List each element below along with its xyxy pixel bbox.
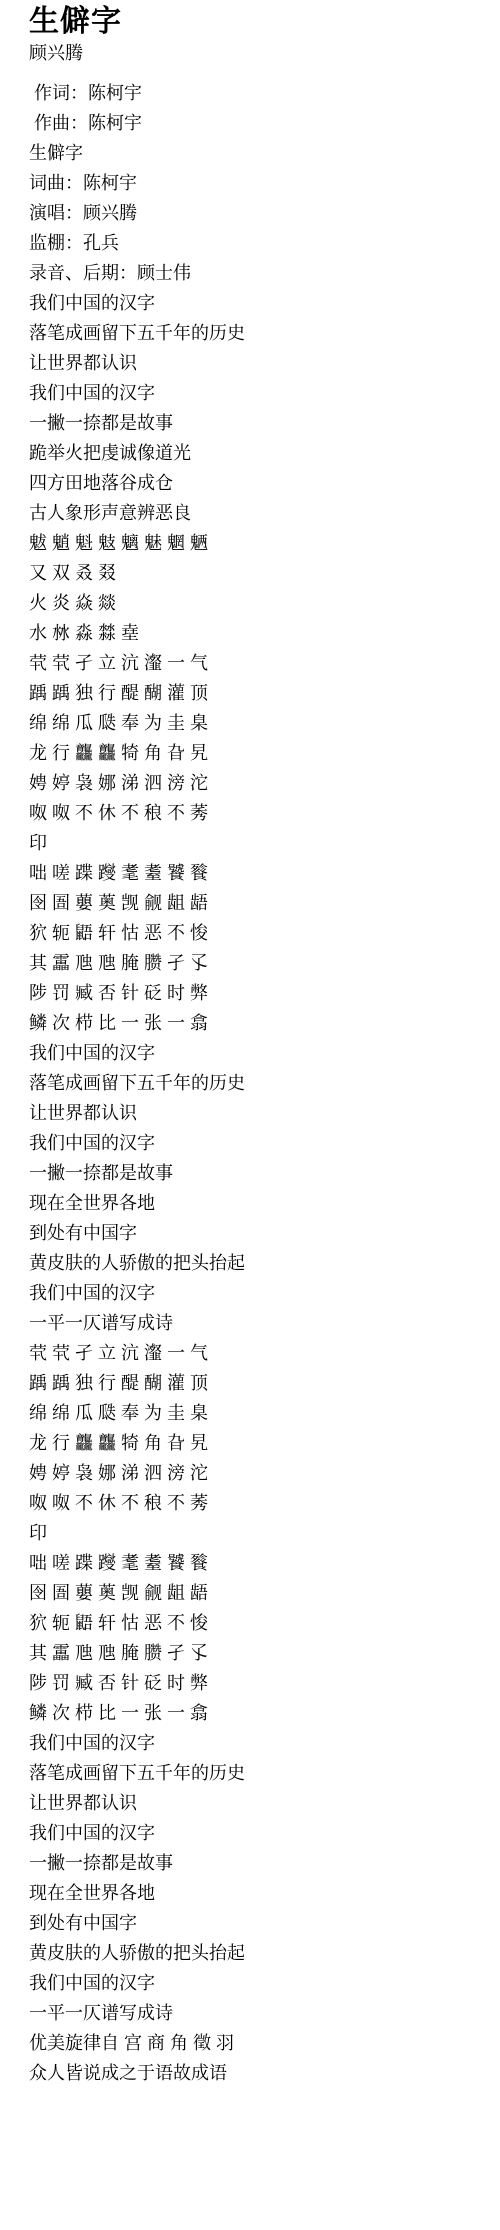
lyric-line: 其 靁 虺 虺 腌 臜 孑 孓	[29, 1638, 490, 1668]
lyric-line: 现在全世界各地	[29, 1188, 490, 1218]
lyric-line: 魃 魈 魁 鬾 魑 魅 魍 魉	[29, 528, 490, 558]
lyric-line: 我们中国的汉字	[29, 1128, 490, 1158]
lyric-line: 一平一仄谱写成诗	[29, 1308, 490, 1338]
lyric-line: 我们中国的汉字	[29, 1728, 490, 1758]
lyric-line: 到处有中国字	[29, 1218, 490, 1248]
lyric-line: 囹 圄 蘡 薁 觊 觎 龃 龉	[29, 888, 490, 918]
page-title: 生僻字	[29, 4, 490, 40]
lyric-line: 印	[29, 1518, 490, 1548]
lyric-line: 绵 绵 瓜 瓞 奉 为 圭 臬	[29, 708, 490, 738]
lyric-line: 我们中国的汉字	[29, 378, 490, 408]
lyric-line: 咄 嗟 蹀 躞 耄 耋 饕 餮	[29, 858, 490, 888]
lyric-line: 狖 轭 鼯 轩 怙 恶 不 悛	[29, 918, 490, 948]
lyric-line: 娉 婷 袅 娜 涕 泗 滂 沱	[29, 1458, 490, 1488]
lyric-line: 陟 罚 臧 否 针 砭 时 弊	[29, 978, 490, 1008]
lyric-line: 我们中国的汉字	[29, 1818, 490, 1848]
lyric-line: 一撇一捺都是故事	[29, 1158, 490, 1188]
lyric-line: 又 双 叒 叕	[29, 558, 490, 588]
lyric-line: 生僻字	[29, 138, 490, 168]
lyric-line: 监棚：孔兵	[29, 228, 490, 258]
lyric-line: 黄皮肤的人骄傲的把头抬起	[29, 1248, 490, 1278]
lyric-line: 一撇一捺都是故事	[29, 408, 490, 438]
lyric-line: 印	[29, 828, 490, 858]
lyric-line: 落笔成画留下五千年的历史	[29, 318, 490, 348]
lyric-line: 龙 行 龘 龘 犄 角 旮 旯	[29, 738, 490, 768]
lyrics-block: 我们中国的汉字落笔成画留下五千年的历史让世界都认识我们中国的汉字一撇一捺都是故事…	[29, 288, 490, 2088]
lyric-line: 古人象形声意辨恶良	[29, 498, 490, 528]
lyric-line: 跪举火把虔诚像道光	[29, 438, 490, 468]
lyric-line: 踽 踽 独 行 醍 醐 灌 顶	[29, 678, 490, 708]
lyric-line: 鳞 次 栉 比 一 张 一 翕	[29, 1698, 490, 1728]
lyrics-page: { "page": { "title": "生僻字", "artist": "顾…	[0, 0, 500, 2230]
lyric-line: 现在全世界各地	[29, 1878, 490, 1908]
lyric-line: 词曲：陈柯宇	[29, 168, 490, 198]
lyric-line: 录音、后期：顾士伟	[29, 258, 490, 288]
lyric-line: 踽 踽 独 行 醍 醐 灌 顶	[29, 1368, 490, 1398]
lyric-line: 四方田地落谷成仓	[29, 468, 490, 498]
lyric-line: 茕 茕 孑 立 沆 瀣 一 气	[29, 1338, 490, 1368]
lyric-line: 咄 嗟 蹀 躞 耄 耋 饕 餮	[29, 1548, 490, 1578]
lyric-line: 呶 呶 不 休 不 稂 不 莠	[29, 798, 490, 828]
lyric-line: 龙 行 龘 龘 犄 角 旮 旯	[29, 1428, 490, 1458]
artist-name: 顾兴腾	[29, 40, 490, 66]
lyric-line: 落笔成画留下五千年的历史	[29, 1758, 490, 1788]
lyric-line: 其 靁 虺 虺 腌 臜 孑 孓	[29, 948, 490, 978]
lyric-line: 黄皮肤的人骄傲的把头抬起	[29, 1938, 490, 1968]
lyric-line: 我们中国的汉字	[29, 288, 490, 318]
lyric-line: 绵 绵 瓜 瓞 奉 为 圭 臬	[29, 1398, 490, 1428]
lyric-line: 作词：陈柯宇	[29, 78, 490, 108]
lyric-line: 一撇一捺都是故事	[29, 1848, 490, 1878]
lyric-line: 囹 圄 蘡 薁 觊 觎 龃 龉	[29, 1578, 490, 1608]
lyric-line: 众人皆说成之于语故成语	[29, 2058, 490, 2088]
lyric-line: 鳞 次 栉 比 一 张 一 翕	[29, 1008, 490, 1038]
lyric-line: 我们中国的汉字	[29, 1968, 490, 1998]
lyric-line: 陟 罚 臧 否 针 砭 时 弊	[29, 1668, 490, 1698]
lyric-line: 到处有中国字	[29, 1908, 490, 1938]
lyric-line: 落笔成画留下五千年的历史	[29, 1068, 490, 1098]
lyric-line: 狖 轭 鼯 轩 怙 恶 不 悛	[29, 1608, 490, 1638]
lyric-line: 我们中国的汉字	[29, 1278, 490, 1308]
lyric-line: 我们中国的汉字	[29, 1038, 490, 1068]
lyric-line: 作曲：陈柯宇	[29, 108, 490, 138]
lyric-line: 一平一仄谱写成诗	[29, 1998, 490, 2028]
lyric-line: 娉 婷 袅 娜 涕 泗 滂 沱	[29, 768, 490, 798]
lyric-line: 水 沝 淼 㵘 㙓	[29, 618, 490, 648]
lyric-line: 优美旋律自 宫 商 角 徵 羽	[29, 2028, 490, 2058]
lyric-line: 演唱：顾兴腾	[29, 198, 490, 228]
credits-block: 作词：陈柯宇 作曲：陈柯宇生僻字词曲：陈柯宇演唱：顾兴腾监棚：孔兵录音、后期：顾…	[29, 78, 490, 288]
lyric-line: 茕 茕 孑 立 沆 瀣 一 气	[29, 648, 490, 678]
lyric-line: 让世界都认识	[29, 348, 490, 378]
lyrics-document: 生僻字 顾兴腾 作词：陈柯宇 作曲：陈柯宇生僻字词曲：陈柯宇演唱：顾兴腾监棚：孔…	[0, 0, 500, 2088]
lyric-line: 火 炎 焱 燚	[29, 588, 490, 618]
lyric-line: 让世界都认识	[29, 1098, 490, 1128]
lyric-line: 让世界都认识	[29, 1788, 490, 1818]
lyric-line: 呶 呶 不 休 不 稂 不 莠	[29, 1488, 490, 1518]
